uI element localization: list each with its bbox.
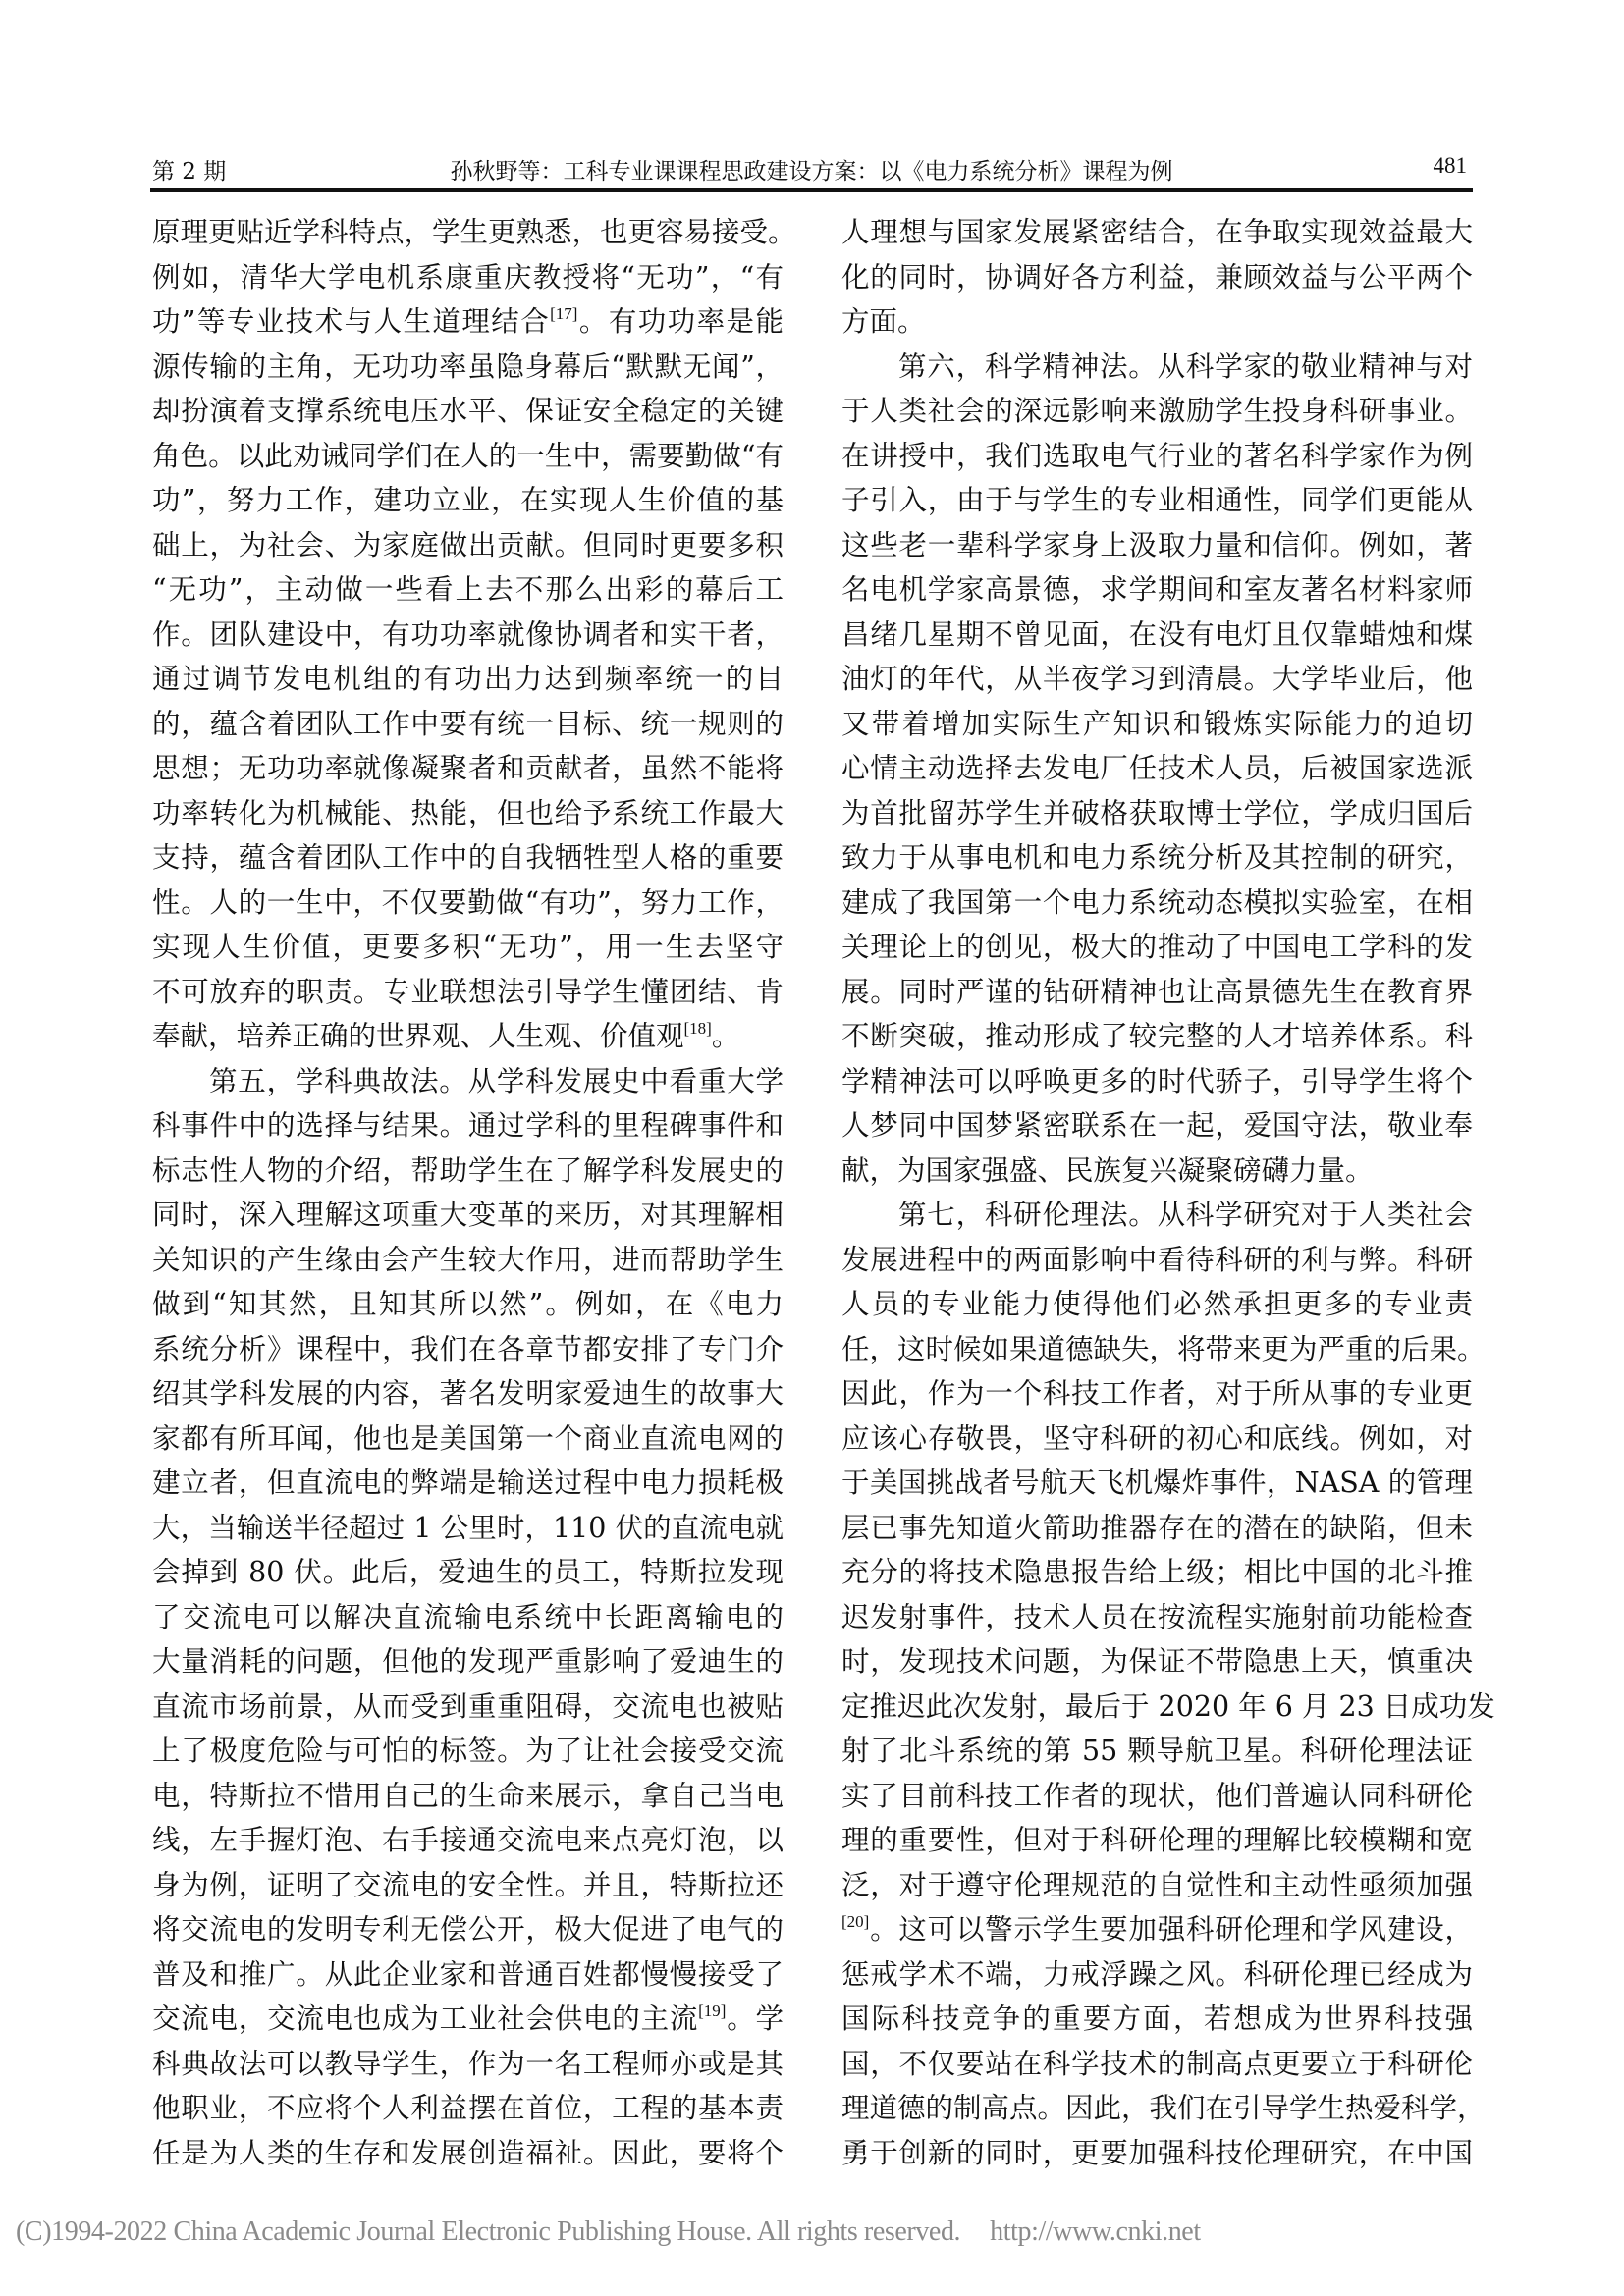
line-text: 应该心存敬畏，坚守科研的初心和底线。例如，对 bbox=[841, 1422, 1473, 1455]
text-line: 功率转化为机械能、热能，但也给予系统工作最大 bbox=[152, 791, 784, 836]
text-line: 在讲授中，我们选取电气行业的著名科学家作为例 bbox=[841, 434, 1473, 479]
line-text: 人梦同中国梦紧密联系在一起，爱国守法，敬业奉 bbox=[841, 1109, 1473, 1142]
line-text: 例如，清华大学电机系康重庆教授将“无功”，“有 bbox=[152, 261, 784, 294]
line-text: 学精神法可以呼唤更多的时代骄子，引导学生将个 bbox=[841, 1065, 1473, 1097]
text-line: 他职业，不应将个人利益摆在首位，工程的基本责 bbox=[152, 2086, 784, 2131]
line-text: 化的同时，协调好各方利益，兼顾效益与公平两个 bbox=[841, 261, 1473, 294]
text-line: 奉献，培养正确的世界观、人生观、价值观[18]。 bbox=[152, 1014, 784, 1059]
text-line: 实了目前科技工作者的现状，他们普遍认同科研伦 bbox=[841, 1774, 1473, 1819]
text-line: 化的同时，协调好各方利益，兼顾效益与公平两个 bbox=[841, 255, 1473, 300]
text-line: 充分的将技术隐患报告给上级；相比中国的北斗推 bbox=[841, 1550, 1473, 1595]
line-text: 大，当输送半径超过 1 公里时，110 伏的直流电就 bbox=[152, 1512, 784, 1544]
text-line: 勇于创新的同时，更要加强科技伦理研究，在中国 bbox=[841, 2131, 1473, 2176]
line-text: 功”，努力工作，建功立业，在实现人生价值的基 bbox=[152, 484, 784, 516]
text-line: 会掉到 80 伏。此后，爱迪生的员工，特斯拉发现 bbox=[152, 1550, 784, 1595]
line-text: 人理想与国家发展紧密结合，在争取实现效益最大 bbox=[841, 216, 1473, 248]
page-number: 481 bbox=[1434, 153, 1468, 179]
text-line: 大，当输送半径超过 1 公里时，110 伏的直流电就 bbox=[152, 1506, 784, 1551]
line-text: 做到“知其然，且知其所以然”。例如，在《电力 bbox=[152, 1288, 784, 1320]
text-line: 却扮演着支撑系统电压水平、保证安全稳定的关键 bbox=[152, 389, 784, 434]
text-line: 关理论上的创见，极大的推动了中国电工学科的发 bbox=[841, 925, 1473, 970]
line-text: 勇于创新的同时，更要加强科技伦理研究，在中国 bbox=[841, 2137, 1473, 2169]
line-text: 建立者，但直流电的弊端是输送过程中电力损耗极 bbox=[152, 1467, 784, 1499]
text-line: 性。人的一生中，不仅要勤做“有功”，努力工作， bbox=[152, 881, 784, 926]
line-text: 人员的专业能力使得他们必然承担更多的专业责 bbox=[841, 1288, 1473, 1320]
line-text: 定推迟此次发射，最后于 2020 年 6 月 23 日成功发 bbox=[841, 1690, 1495, 1723]
text-line: 因此，作为一个科技工作者，对于所从事的专业更 bbox=[841, 1371, 1473, 1416]
line-text: 源传输的主角，无功功率虽隐身幕后“默默无闻”， bbox=[152, 350, 784, 383]
line-text: 普及和推广。从此企业家和普通百姓都慢慢接受了 bbox=[152, 1958, 784, 1991]
text-line: 人理想与国家发展紧密结合，在争取实现效益最大 bbox=[841, 210, 1473, 255]
text-line: 功”，努力工作，建功立业，在实现人生价值的基 bbox=[152, 478, 784, 523]
line-text: 将交流电的发明专利无偿公开，极大促进了电气的 bbox=[152, 1913, 784, 1946]
line-text-after-ref: 。有功功率是能 bbox=[577, 305, 784, 338]
line-text: 身为例，证明了交流电的安全性。并且，特斯拉还 bbox=[152, 1869, 784, 1901]
line-text: 第六，科学精神法。从科学家的敬业精神与对 bbox=[898, 350, 1473, 383]
text-line: 方面。 bbox=[841, 299, 1473, 345]
text-line: 不可放弃的职责。专业联想法引导学生懂团结、肯 bbox=[152, 970, 784, 1015]
line-text: 任是为人类的生存和发展创造福祉。因此，要将个 bbox=[152, 2137, 784, 2169]
left-column: 原理更贴近学科特点，学生更熟悉，也更容易接受。例如，清华大学电机系康重庆教授将“… bbox=[152, 210, 784, 2175]
text-line: 名电机学家高景德，求学期间和室友著名材料家师 bbox=[841, 567, 1473, 613]
line-text: 迟发射事件，技术人员在按流程实施射前功能检查 bbox=[841, 1601, 1473, 1633]
text-line: 理的重要性，但对于科研伦理的理解比较模糊和宽 bbox=[841, 1818, 1473, 1863]
text-line: 绍其学科发展的内容，著名发明家爱迪生的故事大 bbox=[152, 1371, 784, 1416]
text-line: 致力于从事电机和电力系统分析及其控制的研究， bbox=[841, 835, 1473, 881]
line-text: 于美国挑战者号航天飞机爆炸事件，NASA 的管理 bbox=[841, 1467, 1473, 1499]
line-text: 家都有所耳闻，他也是美国第一个商业直流电网的 bbox=[152, 1422, 784, 1455]
line-text: 建成了我国第一个电力系统动态模拟实验室，在相 bbox=[841, 886, 1473, 919]
line-text: 第七，科研伦理法。从科学研究对于人类社会 bbox=[898, 1199, 1473, 1231]
line-text: 理的重要性，但对于科研伦理的理解比较模糊和宽 bbox=[841, 1824, 1473, 1856]
citation-ref[interactable]: [19] bbox=[698, 2002, 726, 2020]
line-text: 任，这时候如果道德缺失，将带来更为严重的后果。 bbox=[841, 1333, 1486, 1365]
text-line: 第五，学科典故法。从学科发展史中看重大学 bbox=[152, 1059, 784, 1104]
line-text: 时，发现技术问题，为保证不带隐患上天，慎重决 bbox=[841, 1645, 1473, 1678]
line-text: 线，左手握灯泡、右手接通交流电来点亮灯泡，以 bbox=[152, 1824, 784, 1856]
text-line: 身为例，证明了交流电的安全性。并且，特斯拉还 bbox=[152, 1863, 784, 1908]
line-text: 功”等专业技术与人生道理结合 bbox=[152, 305, 550, 338]
line-text: 第五，学科典故法。从学科发展史中看重大学 bbox=[209, 1065, 784, 1097]
text-line: 子引入，由于与学生的专业相通性，同学们更能从 bbox=[841, 478, 1473, 523]
text-line: 泛，对于遵守伦理规范的自觉性和主动性亟须加强 bbox=[841, 1863, 1473, 1908]
text-line: 线，左手握灯泡、右手接通交流电来点亮灯泡，以 bbox=[152, 1818, 784, 1863]
line-text: 础上，为社会、为家庭做出贡献。但同时更要多积 bbox=[152, 529, 784, 561]
line-text: 了交流电可以解决直流输电系统中长距离输电的 bbox=[152, 1601, 784, 1633]
text-line: 思想；无功功率就像凝聚者和贡献者，虽然不能将 bbox=[152, 746, 784, 791]
text-line: 角色。以此劝诫同学们在人的一生中，需要勤做“有 bbox=[152, 434, 784, 479]
line-text: 这些老一辈科学家身上汲取力量和信仰。例如，著 bbox=[841, 529, 1473, 561]
right-column: 人理想与国家发展紧密结合，在争取实现效益最大化的同时，协调好各方利益，兼顾效益与… bbox=[841, 210, 1473, 2175]
line-text: 名电机学家高景德，求学期间和室友著名材料家师 bbox=[841, 573, 1473, 606]
line-text: 同时，深入理解这项重大变革的来历，对其理解相 bbox=[152, 1199, 784, 1231]
line-text: 科典故法可以教导学生，作为一名工程师亦或是其 bbox=[152, 2048, 784, 2080]
line-text: 奉献，培养正确的世界观、人生观、价值观 bbox=[152, 1020, 684, 1052]
line-text: 为首批留苏学生并破格获取博士学位，学成归国后 bbox=[841, 797, 1473, 829]
citation-ref[interactable]: [17] bbox=[550, 304, 577, 323]
text-line: 直流市场前景，从而受到重重阻碍，交流电也被贴 bbox=[152, 1684, 784, 1730]
line-text: 国，不仅要站在科学技术的制高点更要立于科研伦 bbox=[841, 2048, 1473, 2080]
line-text: 油灯的年代，从半夜学习到清晨。大学毕业后，他 bbox=[841, 663, 1473, 695]
footer-url[interactable]: http://www.cnki.net bbox=[990, 2216, 1201, 2247]
line-text: 子引入，由于与学生的专业相通性，同学们更能从 bbox=[841, 484, 1473, 516]
line-text: 绍其学科发展的内容，著名发明家爱迪生的故事大 bbox=[152, 1377, 784, 1410]
line-text: 心情主动选择去发电厂任技术人员，后被国家选派 bbox=[841, 752, 1473, 784]
text-line: 不断突破，推动形成了较完整的人才培养体系。科 bbox=[841, 1014, 1473, 1059]
text-line: 国际科技竞争的重要方面，若想成为世界科技强 bbox=[841, 1997, 1473, 2042]
line-text: 通过调节发电机组的有功出力达到频率统一的目 bbox=[152, 663, 784, 695]
text-line: 科典故法可以教导学生，作为一名工程师亦或是其 bbox=[152, 2042, 784, 2087]
running-title: 孙秋野等：工科专业课课程思政建设方案：以《电力系统分析》课程为例 bbox=[150, 153, 1473, 186]
text-line: 第六，科学精神法。从科学家的敬业精神与对 bbox=[841, 345, 1473, 390]
text-line: 做到“知其然，且知其所以然”。例如，在《电力 bbox=[152, 1282, 784, 1327]
text-line: 发展进程中的两面影响中看待科研的利与弊。科研 bbox=[841, 1238, 1473, 1283]
line-text: 射了北斗系统的第 55 颗导航卫星。科研伦理法证 bbox=[841, 1735, 1473, 1767]
text-line: 作。团队建设中，有功功率就像协调者和实干者， bbox=[152, 613, 784, 658]
line-text: 充分的将技术隐患报告给上级；相比中国的北斗推 bbox=[841, 1556, 1473, 1588]
line-text: 系统分析》课程中，我们在各章节都安排了专门介 bbox=[152, 1333, 784, 1365]
line-text: 直流市场前景，从而受到重重阻碍，交流电也被贴 bbox=[152, 1690, 784, 1723]
line-text: 惩戒学术不端，力戒浮躁之风。科研伦理已经成为 bbox=[841, 1958, 1473, 1991]
line-text: 关知识的产生缘由会产生较大作用，进而帮助学生 bbox=[152, 1244, 784, 1276]
text-line: 献，为国家强盛、民族复兴凝聚磅礴力量。 bbox=[841, 1148, 1473, 1194]
text-line: 应该心存敬畏，坚守科研的初心和底线。例如，对 bbox=[841, 1416, 1473, 1462]
text-line: 这些老一辈科学家身上汲取力量和信仰。例如，著 bbox=[841, 523, 1473, 568]
line-text: 他职业，不应将个人利益摆在首位，工程的基本责 bbox=[152, 2092, 784, 2124]
line-text: 上了极度危险与可怕的标签。为了让社会接受交流 bbox=[152, 1735, 784, 1767]
line-text: 献，为国家强盛、民族复兴凝聚磅礴力量。 bbox=[841, 1154, 1374, 1187]
text-line: 将交流电的发明专利无偿公开，极大促进了电气的 bbox=[152, 1907, 784, 1952]
text-line: 又带着增加实际生产知识和锻炼实际能力的迫切 bbox=[841, 702, 1473, 747]
line-text: 科事件中的选择与结果。通过学科的里程碑事件和 bbox=[152, 1109, 784, 1142]
text-line: 功”等专业技术与人生道理结合[17]。有功功率是能 bbox=[152, 299, 784, 345]
line-text: 昌绪几星期不曾见面，在没有电灯且仅靠蜡烛和煤 bbox=[841, 618, 1473, 651]
text-line: 交流电，交流电也成为工业社会供电的主流[19]。学 bbox=[152, 1997, 784, 2042]
text-line: 心情主动选择去发电厂任技术人员，后被国家选派 bbox=[841, 746, 1473, 791]
copyright-text: (C)1994-2022 China Academic Journal Elec… bbox=[16, 2216, 960, 2247]
line-text-after-ref: 。 bbox=[712, 1020, 740, 1052]
text-line: 普及和推广。从此企业家和普通百姓都慢慢接受了 bbox=[152, 1952, 784, 1998]
text-line: 时，发现技术问题，为保证不带隐患上天，慎重决 bbox=[841, 1639, 1473, 1684]
line-text: 大量消耗的问题，但他的发现严重影响了爱迪生的 bbox=[152, 1645, 784, 1678]
line-text-after-ref: 。学 bbox=[726, 2002, 784, 2035]
line-text: 性。人的一生中，不仅要勤做“有功”，努力工作， bbox=[152, 886, 784, 919]
line-text: 作。团队建设中，有功功率就像协调者和实干者， bbox=[152, 618, 784, 651]
line-text: 因此，作为一个科技工作者，对于所从事的专业更 bbox=[841, 1377, 1473, 1410]
text-line: 了交流电可以解决直流输电系统中长距离输电的 bbox=[152, 1595, 784, 1640]
line-text: 发展进程中的两面影响中看待科研的利与弊。科研 bbox=[841, 1244, 1473, 1276]
citation-ref[interactable]: [20] bbox=[841, 1912, 869, 1931]
text-line: 展。同时严谨的钻研精神也让高景德先生在教育界 bbox=[841, 970, 1473, 1015]
text-line: 任，这时候如果道德缺失，将带来更为严重的后果。 bbox=[841, 1327, 1473, 1372]
text-line: 通过调节发电机组的有功出力达到频率统一的目 bbox=[152, 657, 784, 702]
text-line: 射了北斗系统的第 55 颗导航卫星。科研伦理法证 bbox=[841, 1729, 1473, 1774]
running-header: 第 2 期 孙秋野等：工科专业课课程思政建设方案：以《电力系统分析》课程为例 4… bbox=[150, 147, 1473, 187]
text-line: 的，蕴含着团队工作中要有统一目标、统一规则的 bbox=[152, 702, 784, 747]
text-line: 于人类社会的深远影响来激励学生投身科研事业。 bbox=[841, 389, 1473, 434]
text-line: 同时，深入理解这项重大变革的来历，对其理解相 bbox=[152, 1193, 784, 1238]
line-text: “无功”，主动做一些看上去不那么出彩的幕后工 bbox=[152, 573, 784, 606]
line-text: 标志性人物的介绍，帮助学生在了解学科发展史的 bbox=[152, 1154, 784, 1187]
text-line: 定推迟此次发射，最后于 2020 年 6 月 23 日成功发 bbox=[841, 1684, 1473, 1730]
line-text: 不断突破，推动形成了较完整的人才培养体系。科 bbox=[841, 1020, 1473, 1052]
line-text: 又带着增加实际生产知识和锻炼实际能力的迫切 bbox=[841, 708, 1473, 740]
text-line: 惩戒学术不端，力戒浮躁之风。科研伦理已经成为 bbox=[841, 1952, 1473, 1998]
line-text: 电，特斯拉不惜用自己的生命来展示，拿自己当电 bbox=[152, 1780, 784, 1812]
line-text: 角色。以此劝诫同学们在人的一生中，需要勤做“有 bbox=[152, 440, 784, 472]
line-text: 泛，对于遵守伦理规范的自觉性和主动性亟须加强 bbox=[841, 1869, 1473, 1901]
text-line: 于美国挑战者号航天飞机爆炸事件，NASA 的管理 bbox=[841, 1461, 1473, 1506]
text-line: 人员的专业能力使得他们必然承担更多的专业责 bbox=[841, 1282, 1473, 1327]
text-line: 任是为人类的生存和发展创造福祉。因此，要将个 bbox=[152, 2131, 784, 2176]
line-text-after-ref: 。这可以警示学生要加强科研伦理和学风建设， bbox=[869, 1913, 1473, 1946]
line-text: 展。同时严谨的钻研精神也让高景德先生在教育界 bbox=[841, 976, 1473, 1008]
text-line: 科事件中的选择与结果。通过学科的里程碑事件和 bbox=[152, 1103, 784, 1148]
text-line: 例如，清华大学电机系康重庆教授将“无功”，“有 bbox=[152, 255, 784, 300]
text-line: 家都有所耳闻，他也是美国第一个商业直流电网的 bbox=[152, 1416, 784, 1462]
text-line: 原理更贴近学科特点，学生更熟悉，也更容易接受。 bbox=[152, 210, 784, 255]
line-text: 国际科技竞争的重要方面，若想成为世界科技强 bbox=[841, 2002, 1473, 2035]
line-text: 于人类社会的深远影响来激励学生投身科研事业。 bbox=[841, 395, 1473, 427]
line-text: 实现人生价值，更要多积“无功”，用一生去坚守 bbox=[152, 931, 784, 963]
line-text: 层已事先知道火箭助推器存在的潜在的缺陷，但未 bbox=[841, 1512, 1473, 1544]
text-line: 第七，科研伦理法。从科学研究对于人类社会 bbox=[841, 1193, 1473, 1238]
text-line: [20]。这可以警示学生要加强科研伦理和学风建设， bbox=[841, 1907, 1473, 1952]
line-text: 会掉到 80 伏。此后，爱迪生的员工，特斯拉发现 bbox=[152, 1556, 784, 1588]
text-line: 大量消耗的问题，但他的发现严重影响了爱迪生的 bbox=[152, 1639, 784, 1684]
text-line: 系统分析》课程中，我们在各章节都安排了专门介 bbox=[152, 1327, 784, 1372]
text-line: 层已事先知道火箭助推器存在的潜在的缺陷，但未 bbox=[841, 1506, 1473, 1551]
text-line: 理道德的制高点。因此，我们在引导学生热爱科学， bbox=[841, 2086, 1473, 2131]
citation-ref[interactable]: [18] bbox=[684, 1019, 712, 1038]
text-line: 电，特斯拉不惜用自己的生命来展示，拿自己当电 bbox=[152, 1774, 784, 1819]
text-line: 油灯的年代，从半夜学习到清晨。大学毕业后，他 bbox=[841, 657, 1473, 702]
line-text: 思想；无功功率就像凝聚者和贡献者，虽然不能将 bbox=[152, 752, 784, 784]
line-text: 不可放弃的职责。专业联想法引导学生懂团结、肯 bbox=[152, 976, 784, 1008]
text-line: 关知识的产生缘由会产生较大作用，进而帮助学生 bbox=[152, 1238, 784, 1283]
text-line: 上了极度危险与可怕的标签。为了让社会接受交流 bbox=[152, 1729, 784, 1774]
text-line: 为首批留苏学生并破格获取博士学位，学成归国后 bbox=[841, 791, 1473, 836]
text-line: 础上，为社会、为家庭做出贡献。但同时更要多积 bbox=[152, 523, 784, 568]
line-text: 交流电，交流电也成为工业社会供电的主流 bbox=[152, 2002, 698, 2035]
line-text: 关理论上的创见，极大的推动了中国电工学科的发 bbox=[841, 931, 1473, 963]
line-text: 理道德的制高点。因此，我们在引导学生热爱科学， bbox=[841, 2092, 1486, 2124]
text-line: 建成了我国第一个电力系统动态模拟实验室，在相 bbox=[841, 881, 1473, 926]
line-text: 支持，蕴含着团队工作中的自我牺牲型人格的重要 bbox=[152, 841, 784, 874]
text-line: 实现人生价值，更要多积“无功”，用一生去坚守 bbox=[152, 925, 784, 970]
copyright-footer: (C)1994-2022 China Academic Journal Elec… bbox=[16, 2216, 1201, 2248]
line-text: 原理更贴近学科特点，学生更熟悉，也更容易接受。 bbox=[152, 216, 796, 248]
line-text: 功率转化为机械能、热能，但也给予系统工作最大 bbox=[152, 797, 784, 829]
text-line: 人梦同中国梦紧密联系在一起，爱国守法，敬业奉 bbox=[841, 1103, 1473, 1148]
text-line: 建立者，但直流电的弊端是输送过程中电力损耗极 bbox=[152, 1461, 784, 1506]
line-text: 却扮演着支撑系统电压水平、保证安全稳定的关键 bbox=[152, 395, 784, 427]
header-rule bbox=[150, 188, 1473, 192]
line-text: 实了目前科技工作者的现状，他们普遍认同科研伦 bbox=[841, 1780, 1473, 1812]
text-line: 迟发射事件，技术人员在按流程实施射前功能检查 bbox=[841, 1595, 1473, 1640]
line-text: 在讲授中，我们选取电气行业的著名科学家作为例 bbox=[841, 440, 1473, 472]
line-text: 方面。 bbox=[841, 305, 926, 338]
text-line: “无功”，主动做一些看上去不那么出彩的幕后工 bbox=[152, 567, 784, 613]
text-line: 学精神法可以呼唤更多的时代骄子，引导学生将个 bbox=[841, 1059, 1473, 1104]
text-line: 国，不仅要站在科学技术的制高点更要立于科研伦 bbox=[841, 2042, 1473, 2087]
line-text: 的，蕴含着团队工作中要有统一目标、统一规则的 bbox=[152, 708, 784, 740]
text-line: 源传输的主角，无功功率虽隐身幕后“默默无闻”， bbox=[152, 345, 784, 390]
text-line: 昌绪几星期不曾见面，在没有电灯且仅靠蜡烛和煤 bbox=[841, 613, 1473, 658]
text-line: 支持，蕴含着团队工作中的自我牺牲型人格的重要 bbox=[152, 835, 784, 881]
text-line: 标志性人物的介绍，帮助学生在了解学科发展史的 bbox=[152, 1148, 784, 1194]
line-text: 致力于从事电机和电力系统分析及其控制的研究， bbox=[841, 841, 1473, 874]
